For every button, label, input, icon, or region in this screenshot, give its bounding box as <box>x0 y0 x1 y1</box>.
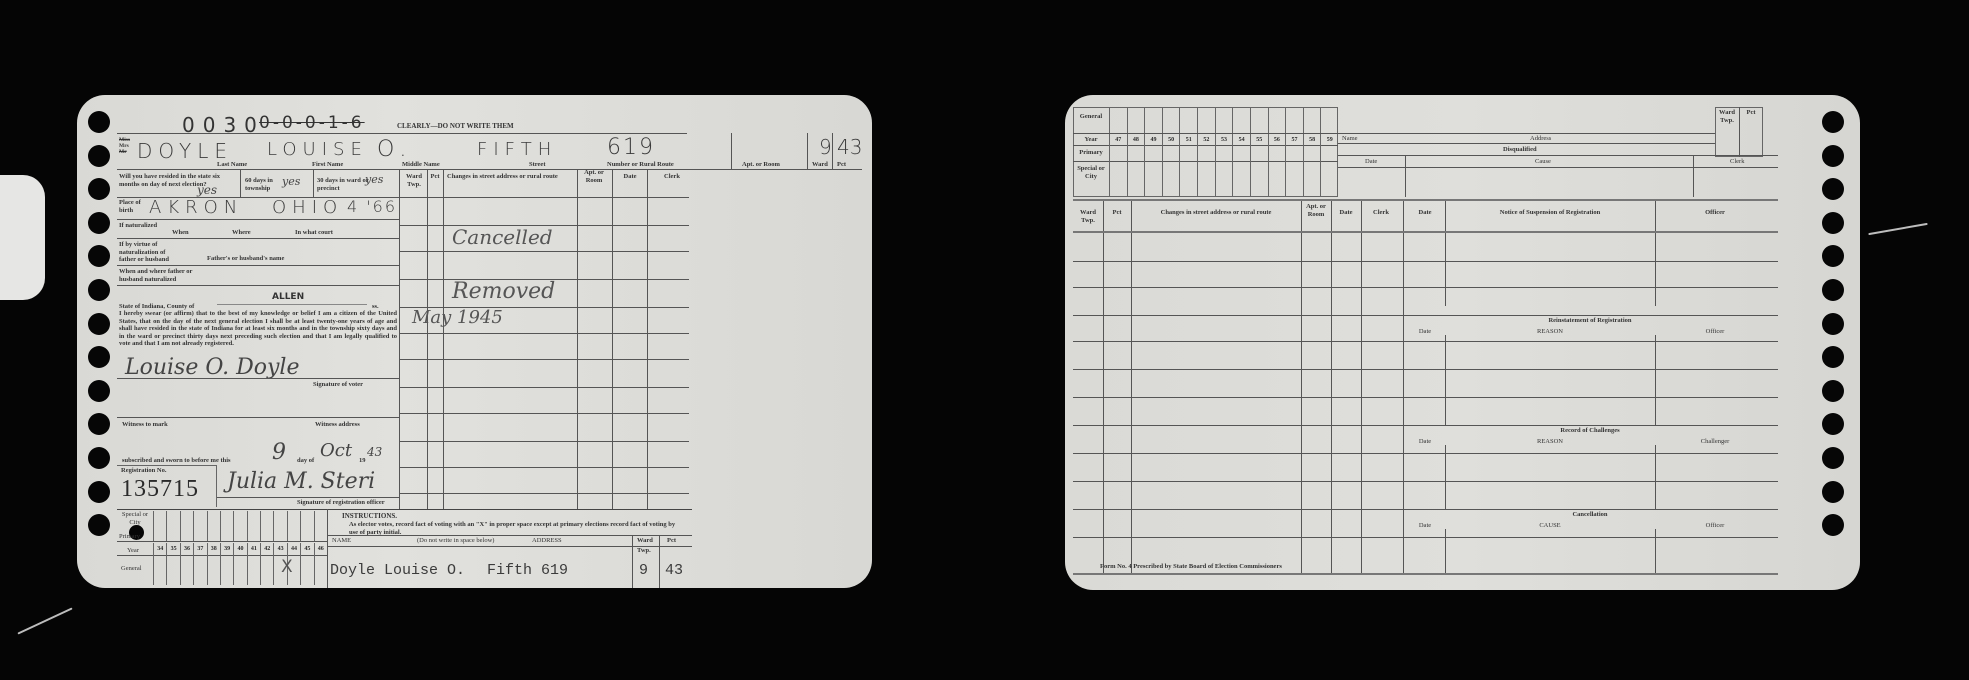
typed-pct: 43 <box>665 562 683 579</box>
label-year-prefix: 19 <box>359 457 366 465</box>
label-naturalized-when: When <box>172 229 189 237</box>
label-registration-no: Registration No. <box>121 467 167 475</box>
label-footer-note: (Do not write in space below) <box>417 537 494 545</box>
label-apt: Apt. or Room <box>742 161 780 169</box>
film-scratch <box>17 607 72 634</box>
label-father-husband-name: Father's or husband's name <box>207 255 284 263</box>
punch-holes <box>1822 111 1844 536</box>
label-when-where-naturalized: When and where father or husband natural… <box>119 268 199 283</box>
middle-name-value: O. <box>377 137 412 162</box>
label-residency-state: Will you have resided in the state six m… <box>119 173 239 188</box>
label-footer-ward: Ward <box>637 537 653 545</box>
label-footer-twp: Twp. <box>637 547 651 555</box>
number-value: 619 <box>607 135 655 160</box>
serial-struck: 0-0-0-1-6 <box>259 113 365 133</box>
label-number: Number or Rural Route <box>607 161 674 169</box>
residency-township-answer: yes <box>282 175 300 188</box>
label-day-of: day of <box>297 457 314 465</box>
voter-signature: Louise O. Doyle <box>125 355 299 380</box>
label-officer-signature: Signature of registration officer <box>297 499 385 507</box>
form-footer: Form No. 4 Prescribed by State Board of … <box>1100 563 1282 571</box>
label-footer-address: ADDRESS <box>532 537 562 545</box>
first-name-value: LOUISE <box>267 139 368 160</box>
label-witness-address: Witness address <box>315 421 360 429</box>
punch-holes <box>88 111 110 536</box>
ward-value: 9 <box>819 135 832 159</box>
residency-precinct-answer: yes <box>365 173 383 186</box>
label-place-of-birth: Place of birth <box>119 199 149 214</box>
typed-ward: 9 <box>639 562 648 579</box>
sworn-day: 9 <box>272 440 286 465</box>
label-voter-signature: Signature of voter <box>313 381 363 389</box>
label-last-name: Last Name <box>217 161 247 169</box>
film-edge-artifact <box>0 175 45 300</box>
registration-card-front: 0030 0-0-0-1-6 CLEARLY—DO NOT WRITE THEM… <box>77 95 872 588</box>
label-ward: Ward <box>812 161 828 169</box>
registration-number: 135715 <box>121 476 199 503</box>
label-first-name: First Name <box>312 161 343 169</box>
residency-state-answer: yes <box>197 183 217 197</box>
label-naturalized: If naturalized <box>119 222 159 230</box>
birth-mark-value: 4 '66 <box>347 197 397 216</box>
last-name-value: DOYLE <box>137 139 233 163</box>
header-notice: CLEARLY—DO NOT WRITE THEM <box>397 123 514 131</box>
officer-signature: Julia M. Steri <box>227 469 375 494</box>
label-middle-name: Middle Name <box>402 161 440 169</box>
typed-address: Fifth 619 <box>487 562 568 579</box>
handwritten-cancelled: Cancelled <box>452 225 553 249</box>
street-value: FIFTH <box>477 139 557 160</box>
label-naturalized-court: In what court <box>295 229 333 237</box>
handwritten-removed: Removed <box>452 279 555 304</box>
film-scratch <box>1868 223 1927 235</box>
handwritten-date: May 1945 <box>412 307 503 328</box>
typed-name: Doyle Louise O. <box>330 562 465 579</box>
registration-card-back: General Year Primary Special or City 474… <box>1065 95 1860 590</box>
label-sworn: subscribed and sworn to before me this <box>122 457 231 465</box>
label-footer-pct: Pct <box>667 537 676 545</box>
prefix-mr: Mr <box>119 149 130 155</box>
label-street: Street <box>529 161 545 169</box>
label-footer-name: NAME <box>332 537 351 545</box>
pct-value: 43 <box>837 135 862 159</box>
sworn-month: Oct <box>320 440 352 461</box>
label-father-husband: If by virtue of naturalization of father… <box>119 241 174 264</box>
label-pct: Pct <box>837 161 846 169</box>
general-vote-mark: X <box>281 557 293 577</box>
instructions-title: INSTRUCTIONS. <box>342 513 397 521</box>
instructions-text: As elector votes, record fact of voting … <box>349 521 679 536</box>
county-value: ALLEN <box>272 292 304 302</box>
label-naturalized-where: Where <box>232 229 251 237</box>
label-witness-to-mark: Witness to mark <box>122 421 168 429</box>
birth-city-value: AKRON <box>149 197 243 218</box>
sworn-year: 43 <box>367 445 382 459</box>
oath-text: I hereby swear (or affirm) that to the b… <box>119 310 397 348</box>
birth-state-value: OHIO <box>272 197 343 218</box>
